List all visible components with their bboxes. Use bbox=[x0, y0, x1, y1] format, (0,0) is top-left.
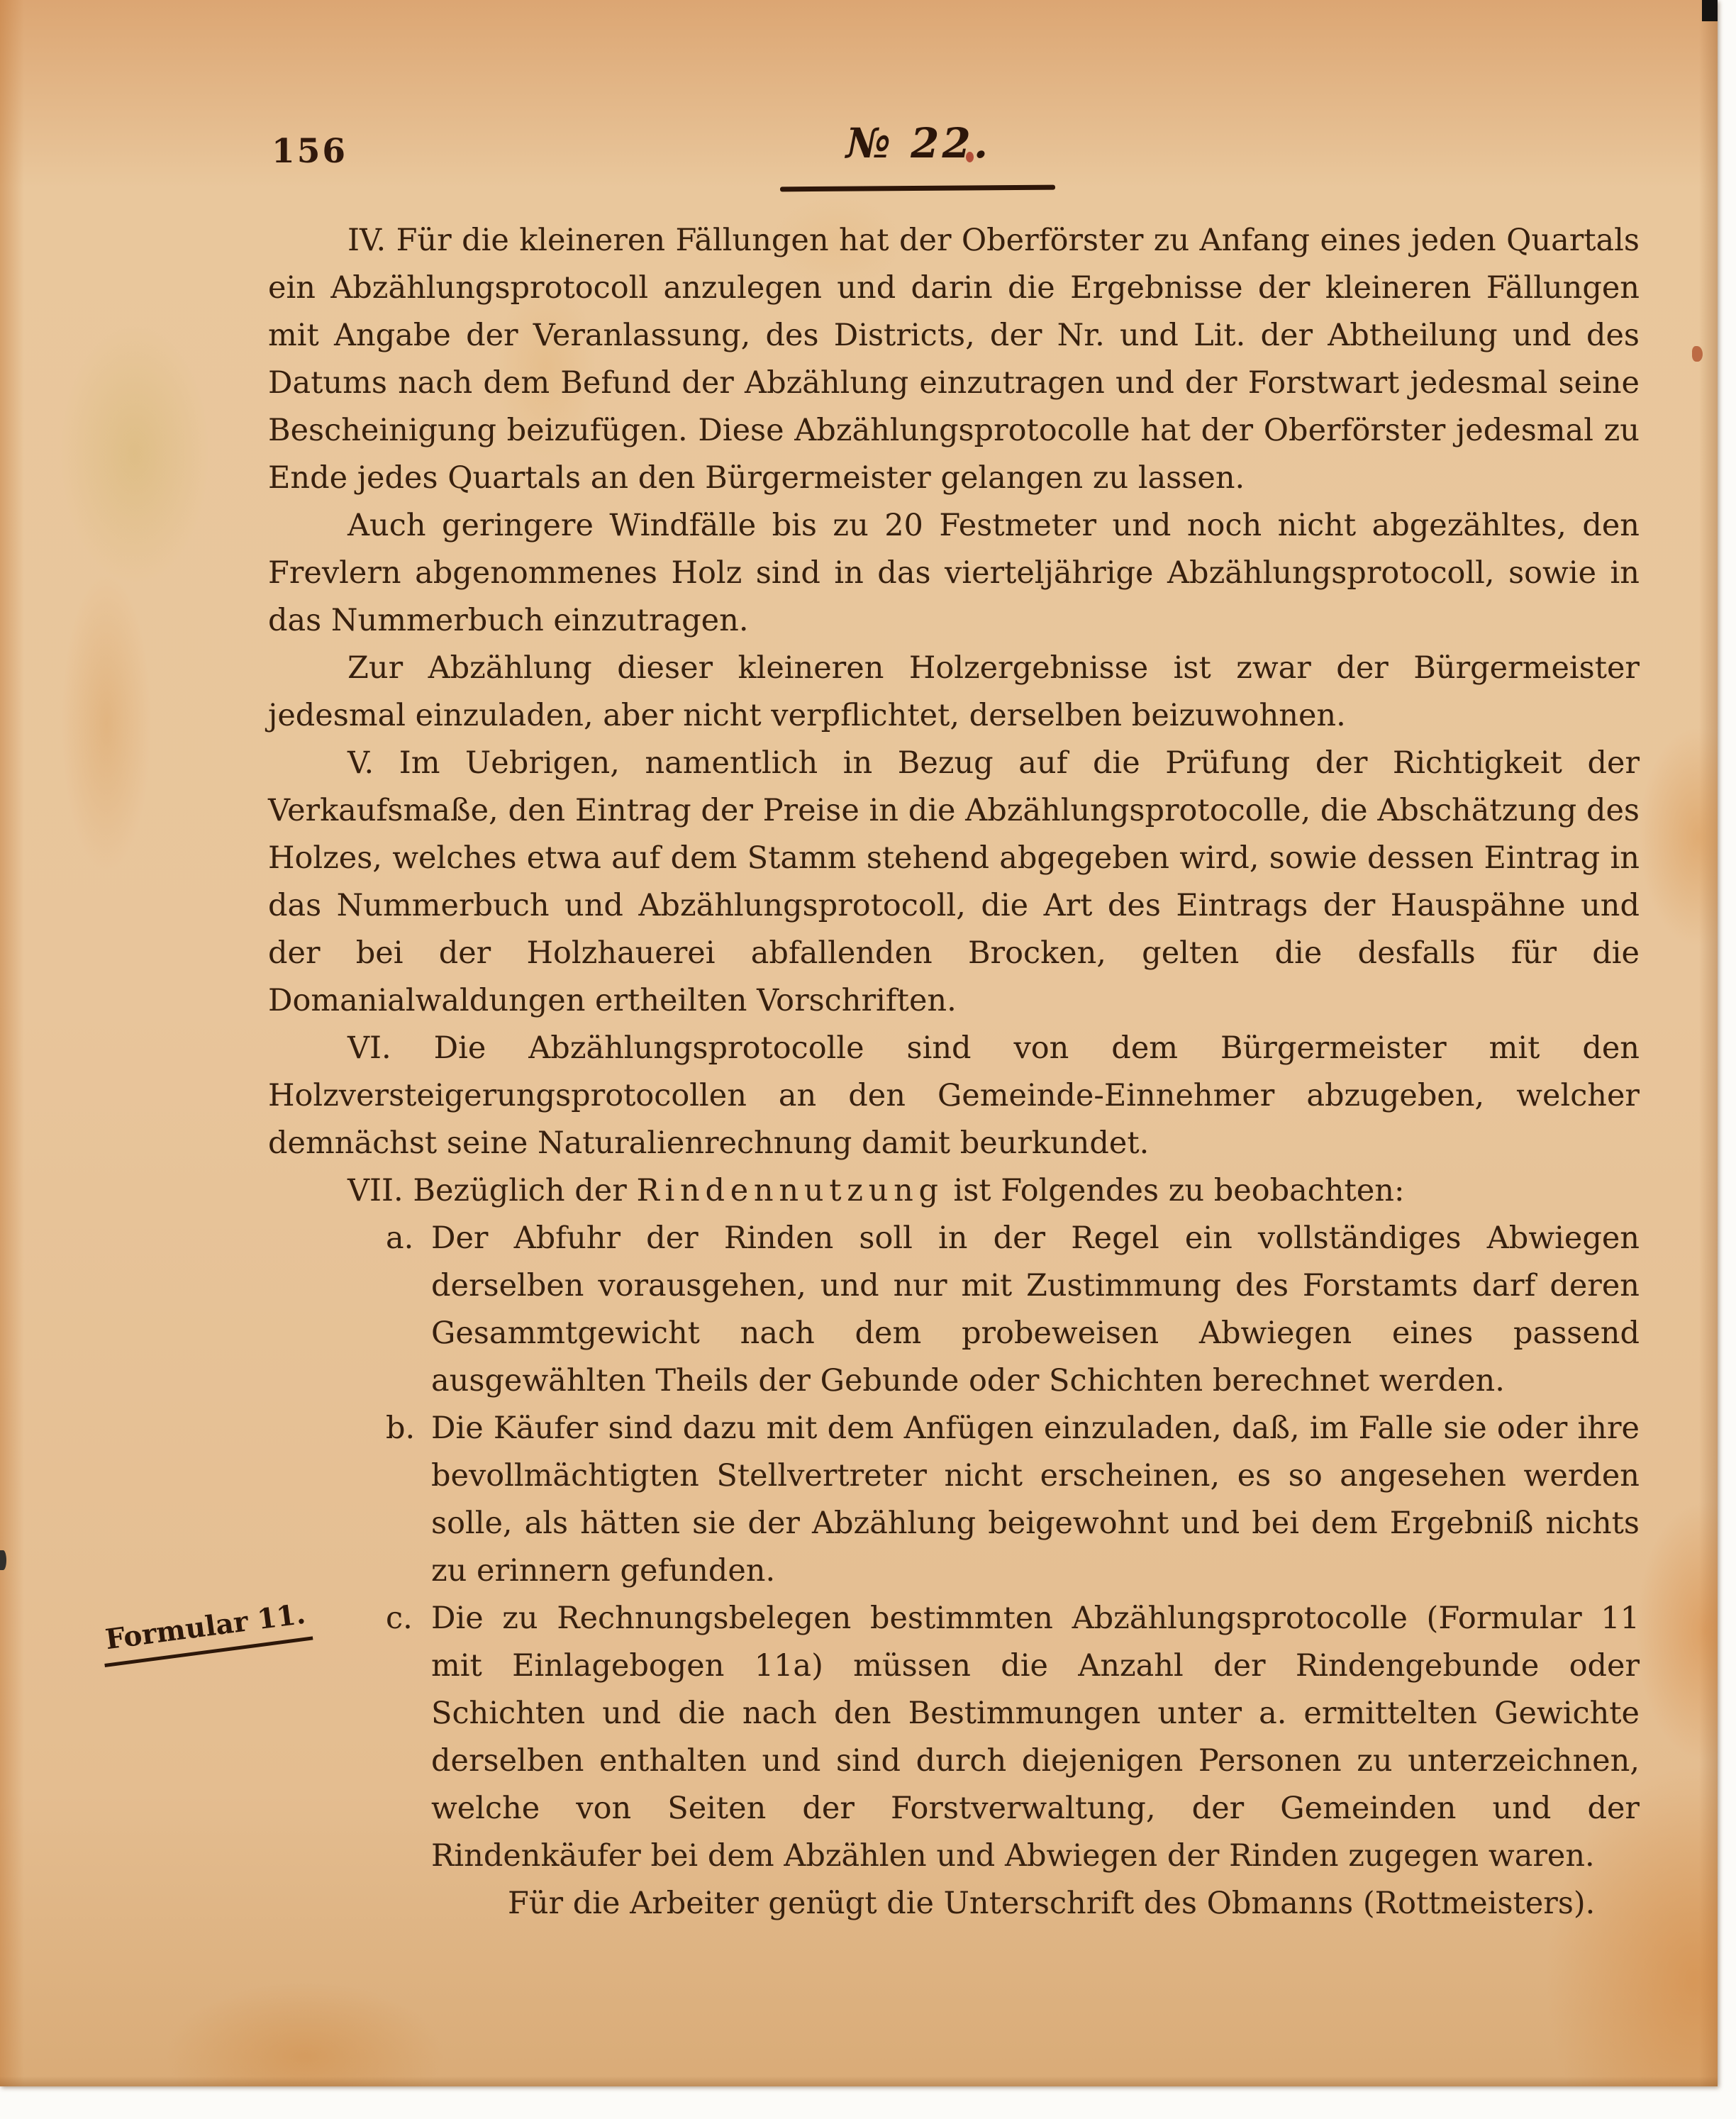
scan-edge-mark bbox=[0, 1550, 6, 1570]
scanned-page: 156 № 22. Formular 11. IV. Für die klein… bbox=[0, 0, 1718, 2086]
paragraph-einladung: Zur Abzählung dieser kleineren Holzergeb… bbox=[268, 645, 1640, 740]
page-number: 156 bbox=[272, 132, 347, 171]
paragraph-section-iv: IV. Für die kleineren Fällungen hat der … bbox=[268, 217, 1640, 502]
list-item-b: b. Die Käufer sind dazu mit dem Anfügen … bbox=[268, 1405, 1640, 1595]
ink-speck-margin bbox=[1692, 346, 1703, 362]
list-item-a: a. Der Abfuhr der Rinden soll in der Reg… bbox=[268, 1215, 1640, 1405]
section-vii-list: a. Der Abfuhr der Rinden soll in der Reg… bbox=[268, 1215, 1640, 1880]
scan-corner-mark bbox=[1702, 0, 1718, 21]
ink-speck bbox=[966, 152, 974, 162]
paragraph-section-v: V. Im Uebrigen, namentlich in Bezug auf … bbox=[268, 740, 1640, 1025]
section-vii-suffix: ist Folgendes zu beobachten: bbox=[944, 1173, 1405, 1208]
scan-canvas: { "page": { "number": "156", "header_no"… bbox=[0, 0, 1736, 2119]
paragraph-windfaelle: Auch geringere Windfälle bis zu 20 Festm… bbox=[268, 502, 1640, 645]
closing-line: Für die Arbeiter genügt die Unterschrift… bbox=[268, 1880, 1640, 1928]
list-text-b: Die Käufer sind dazu mit dem Anfügen ein… bbox=[431, 1411, 1640, 1589]
paragraph-section-vi: VI. Die Abzählungsprotocolle sind von de… bbox=[268, 1025, 1640, 1167]
list-text-a: Der Abfuhr der Rinden soll in der Regel … bbox=[431, 1220, 1640, 1398]
paragraph-section-vii-intro: VII. Bezüglich der Rindennutzung ist Fol… bbox=[268, 1167, 1640, 1215]
body-text-block: IV. Für die kleineren Fällungen hat der … bbox=[268, 217, 1640, 1928]
page-bottom-edge-shadow bbox=[0, 2076, 1718, 2086]
list-text-c: Die zu Rechnungsbelegen bestimmten Abzäh… bbox=[431, 1601, 1640, 1874]
section-vii-prefix: VII. Bezüglich der bbox=[347, 1173, 636, 1208]
list-marker-a: a. bbox=[386, 1215, 413, 1262]
list-marker-b: b. bbox=[386, 1405, 415, 1452]
list-marker-c: c. bbox=[386, 1595, 413, 1642]
section-vii-emphasized-word: Rindennutzung bbox=[636, 1173, 943, 1208]
issue-number-heading: № 22. bbox=[766, 119, 1071, 167]
list-item-c: c. Die zu Rechnungsbelegen bestimmten Ab… bbox=[268, 1595, 1640, 1880]
issue-heading-rule bbox=[780, 185, 1055, 192]
